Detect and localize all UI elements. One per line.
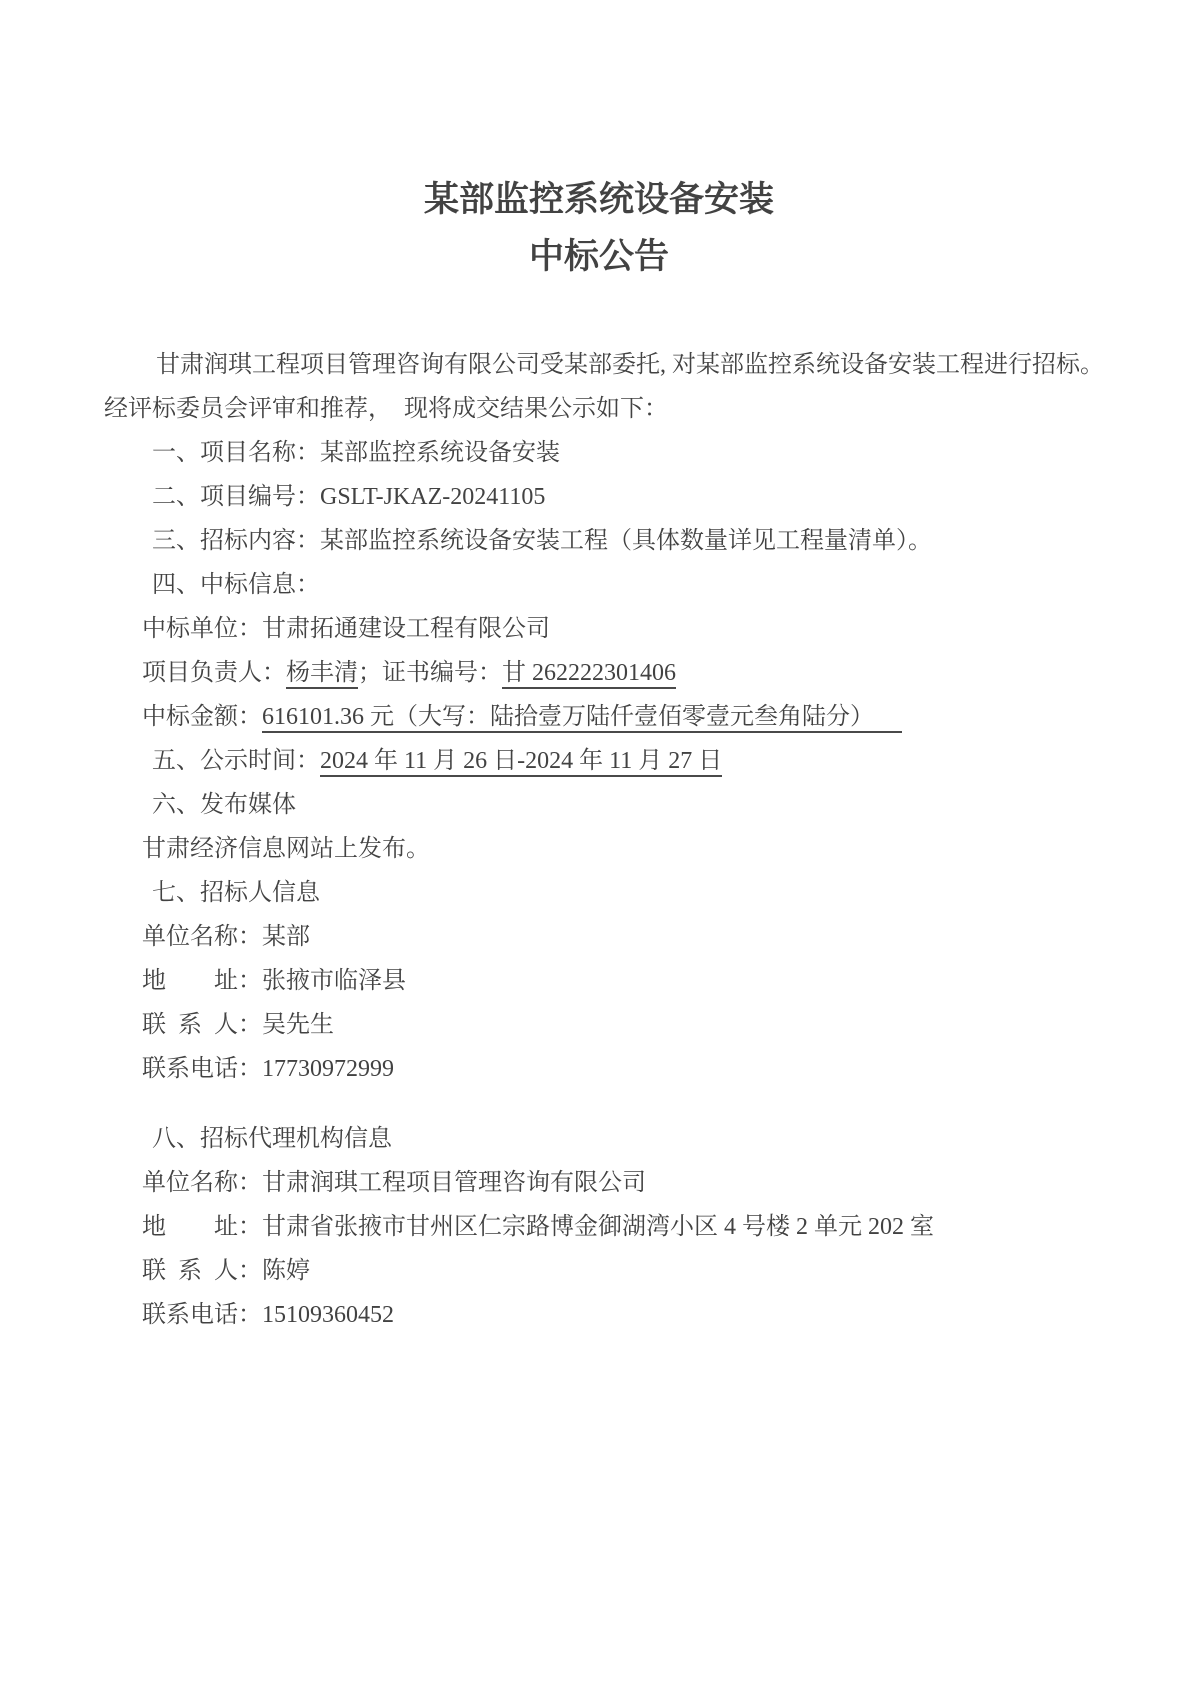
item-tender-content: 三、招标内容：某部监控系统设备安装工程（具体数量详见工程量清单）。 [104, 519, 1094, 563]
agency-phone: 联系电话：15109360452 [104, 1293, 1094, 1337]
amount-label: 中标金额： [142, 704, 262, 730]
title-block: 某部监控系统设备安装 中标公告 [104, 171, 1094, 285]
intro-line-1: 甘肃润琪工程项目管理咨询有限公司受某部委托, 对某部监控系统设备安装工程进行招标… [104, 343, 1094, 387]
award-amount-line: 中标金额：616101.36 元（大写：陆拾壹万陆仟壹佰零壹元叁角陆分） [104, 695, 1094, 739]
manager-name: 杨丰清 [286, 660, 358, 689]
publicity-period-value: 2024 年 11 月 26 日-2024 年 11 月 27 日 [320, 748, 722, 777]
tenderer-contact: 联 系 人：吴先生 [104, 1003, 1094, 1047]
intro-line-2: 经评标委员会评审和推荐， 现将成交结果公示如下： [104, 387, 1094, 431]
amount-value: 616101.36 元（大写：陆拾壹万陆仟壹佰零壹元叁角陆分） [262, 704, 902, 733]
tenderer-address: 地 址：张掖市临泽县 [104, 959, 1094, 1003]
agency-address: 地 址：甘肃省张掖市甘州区仁宗路博金御湖湾小区 4 号楼 2 单元 202 室 [104, 1205, 1094, 1249]
item-publicity-period: 五、公示时间：2024 年 11 月 26 日-2024 年 11 月 27 日 [104, 739, 1094, 783]
publish-media-body: 甘肃经济信息网站上发布。 [104, 827, 1094, 871]
item-project-number: 二、项目编号：GSLT-JKAZ-20241105 [104, 475, 1094, 519]
item-agency-info: 八、招标代理机构信息 [104, 1117, 1094, 1161]
cert-label: ；证书编号： [358, 660, 502, 686]
item-publish-media: 六、发布媒体 [104, 783, 1094, 827]
page-subtitle: 中标公告 [104, 228, 1094, 285]
tenderer-phone: 联系电话：17730972999 [104, 1047, 1094, 1091]
item-tenderer-info: 七、招标人信息 [104, 871, 1094, 915]
document-page: 某部监控系统设备安装 中标公告 甘肃润琪工程项目管理咨询有限公司受某部委托, 对… [0, 0, 1191, 1684]
agency-name: 单位名称：甘肃润琪工程项目管理咨询有限公司 [104, 1161, 1094, 1205]
publicity-period-label: 五、公示时间： [152, 748, 320, 774]
tenderer-name: 单位名称：某部 [104, 915, 1094, 959]
agency-contact: 联 系 人：陈婷 [104, 1249, 1094, 1293]
item-award-info: 四、中标信息： [104, 563, 1094, 607]
project-manager-line: 项目负责人：杨丰清；证书编号：甘 262222301406 [104, 651, 1094, 695]
cert-number: 甘 262222301406 [502, 660, 676, 689]
manager-label: 项目负责人： [142, 660, 286, 686]
page-title: 某部监控系统设备安装 [104, 171, 1094, 228]
award-winner-line: 中标单位：甘肃拓通建设工程有限公司 [104, 607, 1094, 651]
item-project-name: 一、项目名称：某部监控系统设备安装 [104, 431, 1094, 475]
